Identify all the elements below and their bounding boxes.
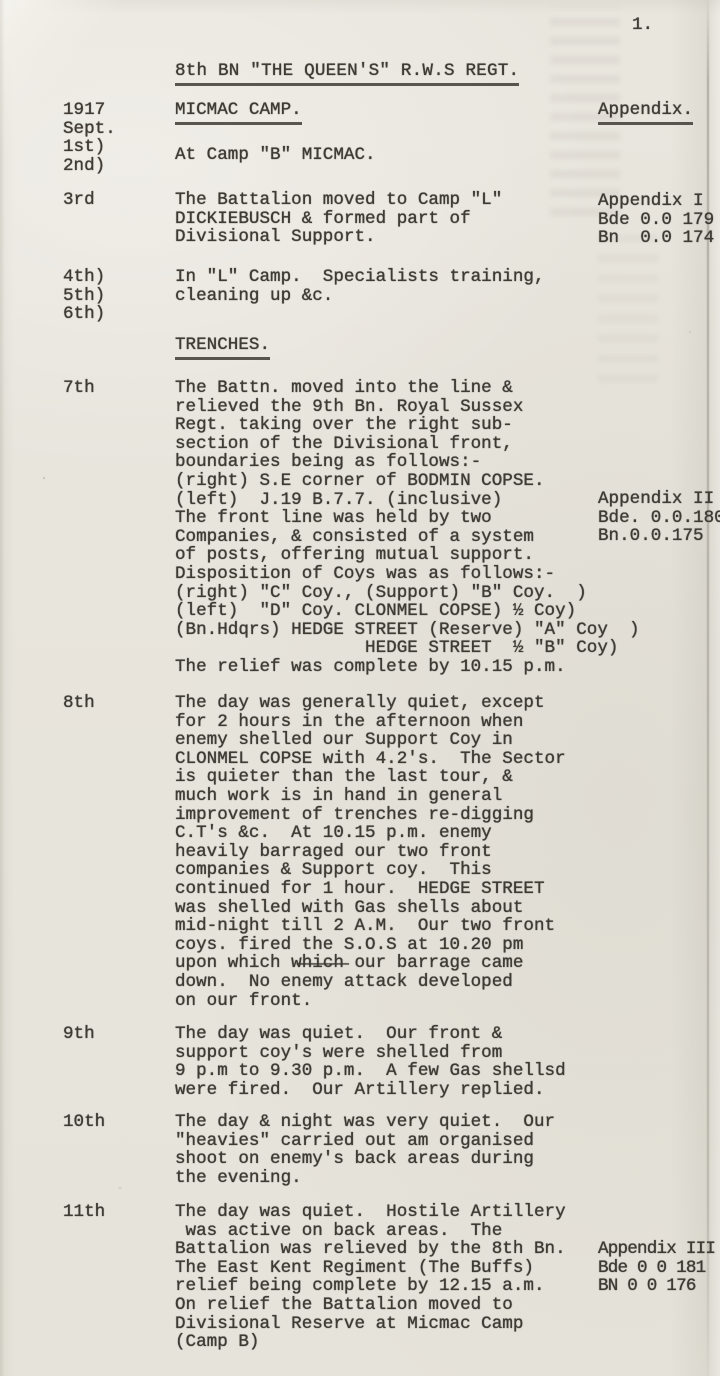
- entry-date: 3rd: [63, 191, 95, 210]
- entry-date: 4th) 5th) 6th): [63, 268, 105, 324]
- entry-appendix-ref: Appendix I Bde 0.0 179 Bn 0.0 174: [598, 192, 714, 248]
- entry-body: The day was generally quiet, except for …: [175, 694, 566, 1010]
- section-heading-trenches: TRENCHES.: [175, 336, 270, 360]
- entry-body: The Battalion moved to Camp "L" DICKIEBU…: [175, 191, 502, 247]
- entry-date: 7th: [63, 379, 95, 398]
- war-diary-page: 1. 8th BN "THE QUEEN'S" R.W.S REGT. 1917…: [0, 0, 720, 1376]
- entry-date: 10th: [63, 1113, 105, 1132]
- entry-date: 11th: [63, 1203, 105, 1222]
- entry-body: At Camp "B" MICMAC.: [175, 146, 376, 165]
- entry-body: In "L" Camp. Specialists training, clean…: [175, 268, 545, 305]
- document-title: 8th BN "THE QUEEN'S" R.W.S REGT.: [175, 62, 519, 86]
- entry-appendix-ref: Appendix II Bde. 0.0.180 Bn.0.0.175: [598, 490, 720, 546]
- entry-body: The day was quiet. Hostile Artillery was…: [175, 1203, 566, 1352]
- paper-left-edge: [0, 0, 5, 1376]
- appendix-column-heading: Appendix.: [598, 101, 693, 125]
- ink-bleedthrough-smudge: [598, 232, 658, 382]
- entry-body: The day & night was very quiet. Our "hea…: [175, 1113, 555, 1187]
- section-heading-micmac-camp: MICMAC CAMP.: [175, 101, 302, 125]
- page-number: 1.: [632, 16, 653, 35]
- entry-appendix-ref: Appendix III Bde 0 0 181 BN 0 0 176: [598, 1240, 715, 1296]
- entry-date: 1917 Sept. 1st) 2nd): [63, 101, 116, 175]
- entry-date: 8th: [63, 694, 95, 713]
- entry-date: 9th: [63, 1025, 95, 1044]
- entry-body: The Battn. moved into the line & relieve…: [175, 379, 640, 677]
- entry-body: The day was quiet. Our front & support c…: [175, 1025, 566, 1099]
